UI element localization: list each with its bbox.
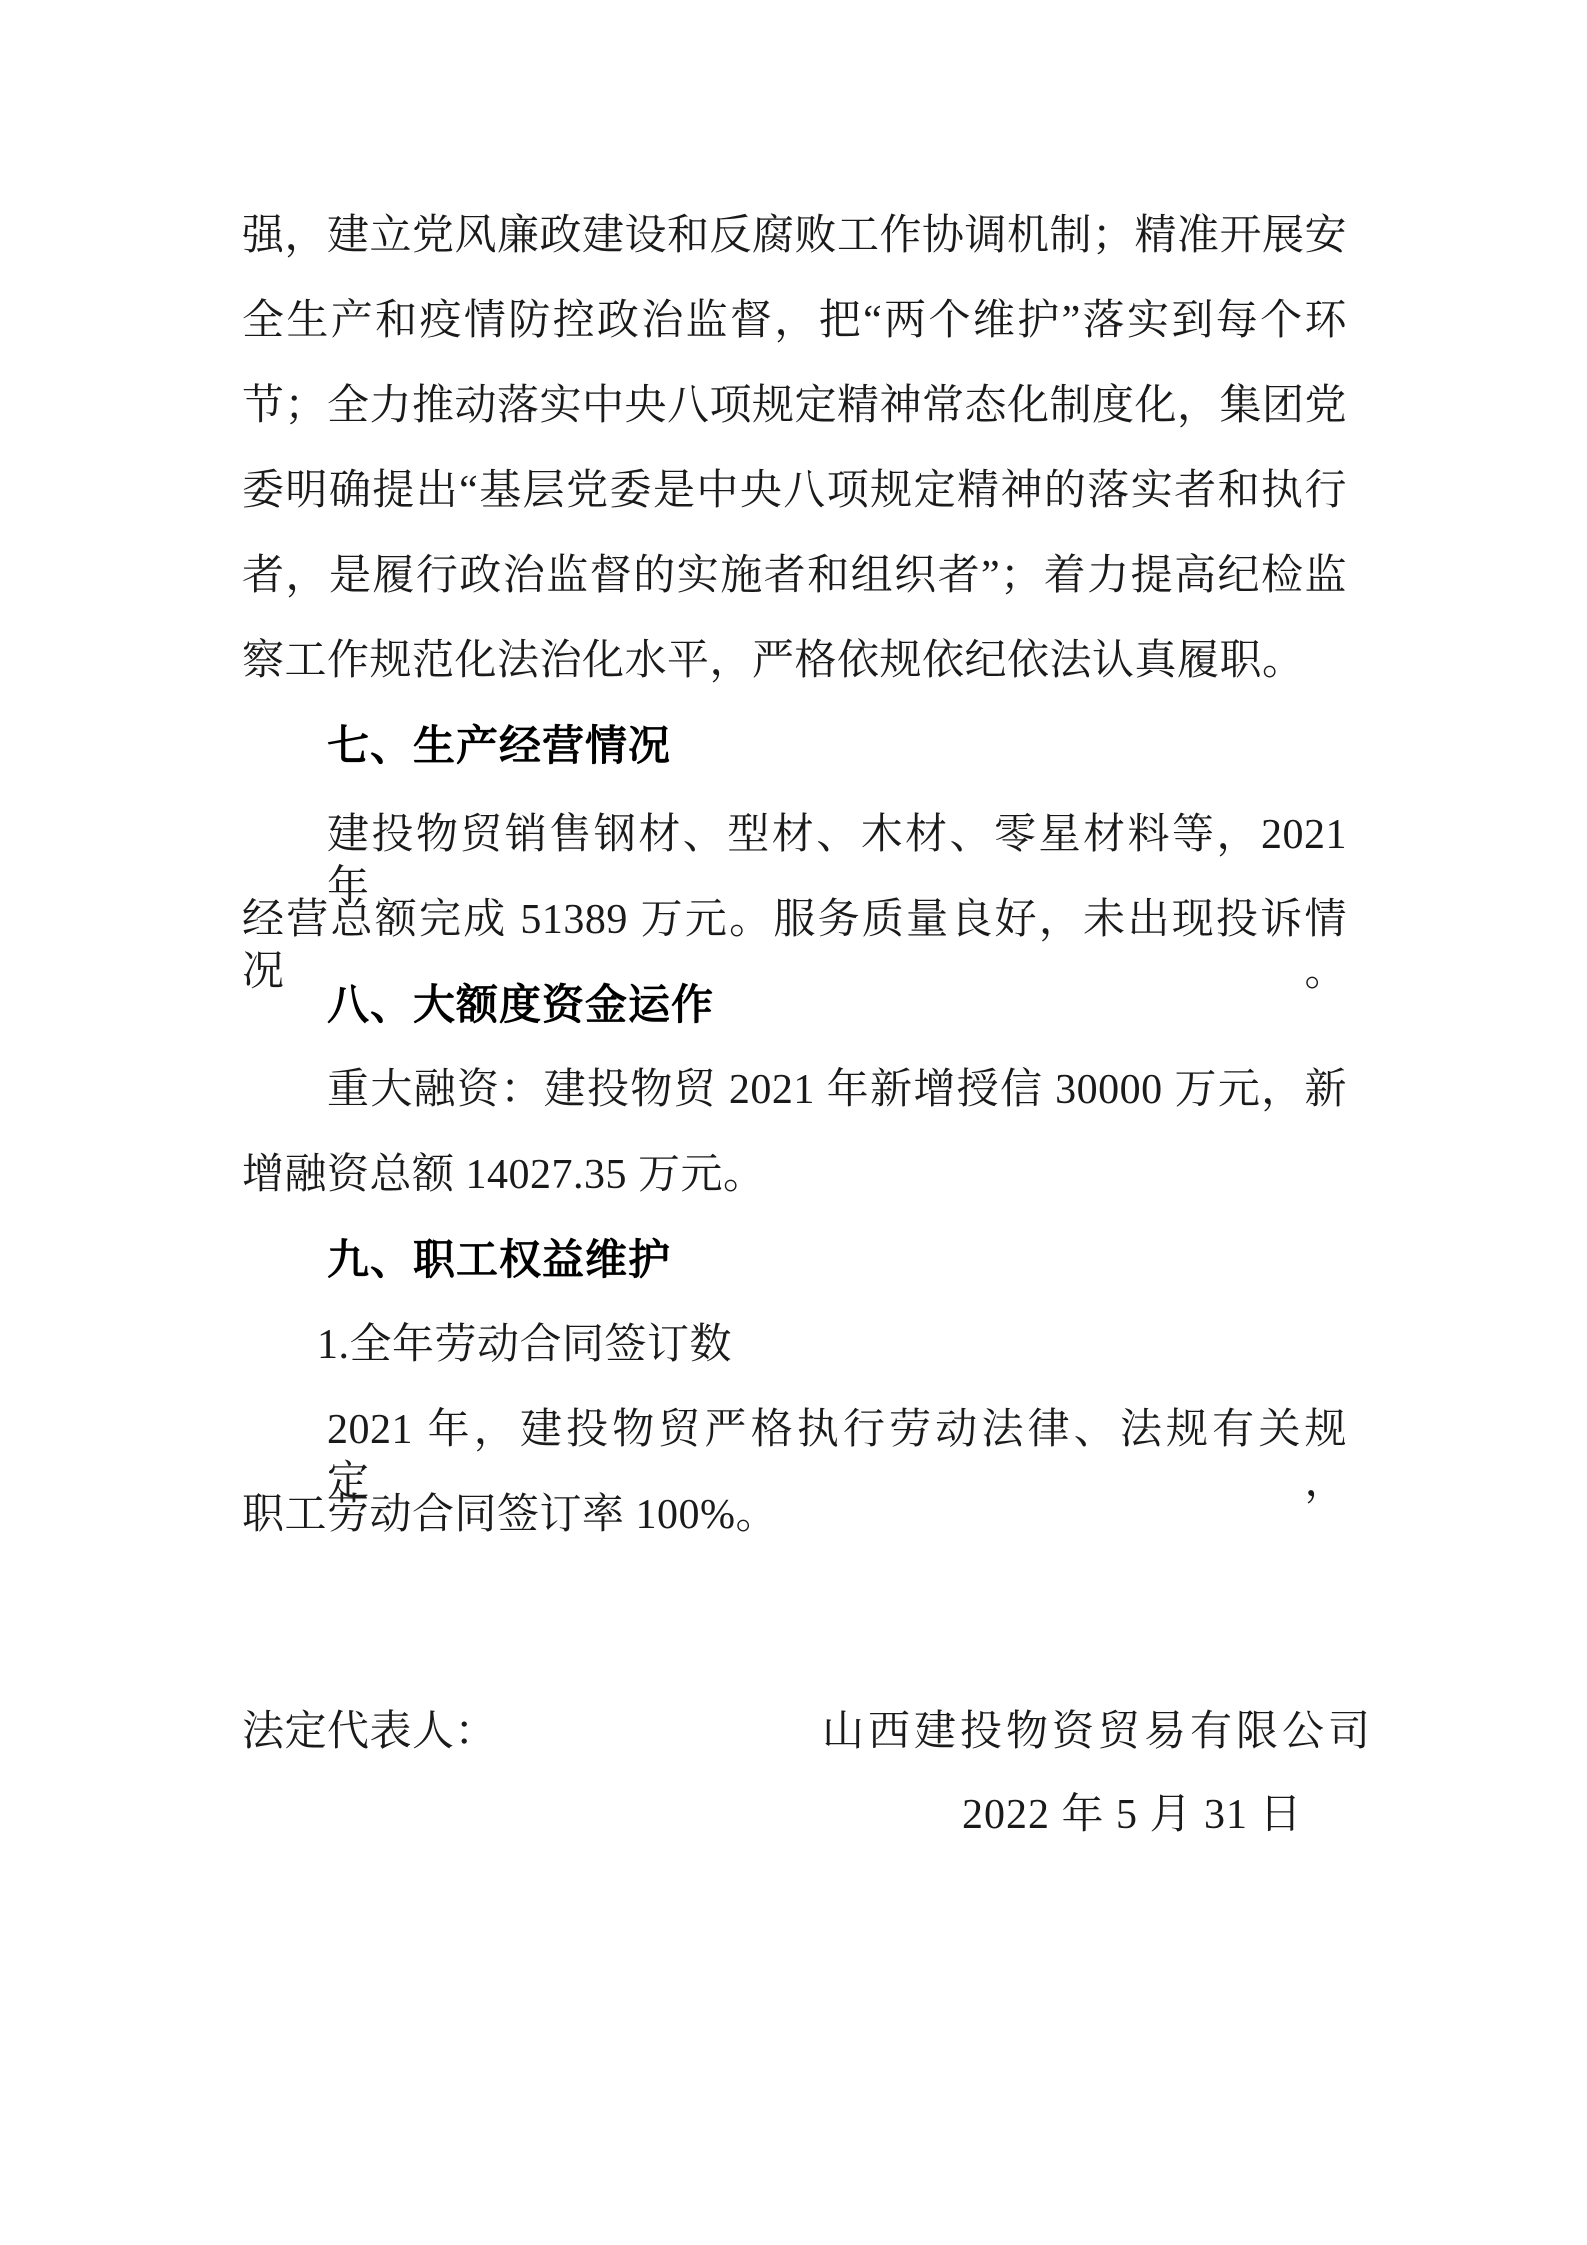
document-page: 强，建立党风廉政建设和反腐败工作协调机制；精准开展安 全生产和疫情防控政治监督，… bbox=[0, 0, 1587, 2245]
paragraph-line: 委明确提出“基层党委是中央八项规定精神的落实者和执行 bbox=[242, 465, 1347, 517]
paragraph-line: 察工作规范化法治化水平，严格依规依纪依法认真履职。 bbox=[242, 635, 1347, 687]
paragraph-line: 增融资总额 14027.35 万元。 bbox=[242, 1149, 1347, 1201]
section-heading-9: 九、职工权益维护 bbox=[327, 1234, 671, 1286]
legal-representative-label: 法定代表人： bbox=[242, 1706, 497, 1758]
paragraph-line: 职工劳动合同签订率 100%。 bbox=[242, 1489, 1347, 1541]
paragraph-line: 者，是履行政治监督的实施者和组织者”；着力提高纪检监 bbox=[242, 550, 1347, 602]
paragraph-line: 建投物贸销售钢材、型材、木材、零星材料等，2021 年 bbox=[327, 809, 1347, 861]
paragraph-line: 节；全力推动落实中央八项规定精神常态化制度化，集团党 bbox=[242, 380, 1347, 432]
paragraph-line: 强，建立党风廉政建设和反腐败工作协调机制；精准开展安 bbox=[242, 210, 1347, 262]
paragraph-line: 重大融资：建投物贸 2021 年新增授信 30000 万元，新 bbox=[327, 1064, 1347, 1116]
signature-date: 2022 年 5 月 31 日 bbox=[962, 1789, 1303, 1841]
paragraph-line: 经营总额完成 51389 万元。服务质量良好，未出现投诉情况。 bbox=[242, 894, 1347, 946]
section-heading-7: 七、生产经营情况 bbox=[327, 720, 671, 772]
paragraph-line: 全生产和疫情防控政治监督，把“两个维护”落实到每个环 bbox=[242, 295, 1347, 347]
paragraph-line: 2021 年，建投物贸严格执行劳动法律、法规有关规定， bbox=[327, 1404, 1347, 1456]
list-item-line: 1.全年劳动合同签订数 bbox=[317, 1319, 1347, 1371]
section-heading-8: 八、大额度资金运作 bbox=[327, 979, 714, 1031]
company-signature: 山西建投物资贸易有限公司 bbox=[822, 1706, 1374, 1758]
